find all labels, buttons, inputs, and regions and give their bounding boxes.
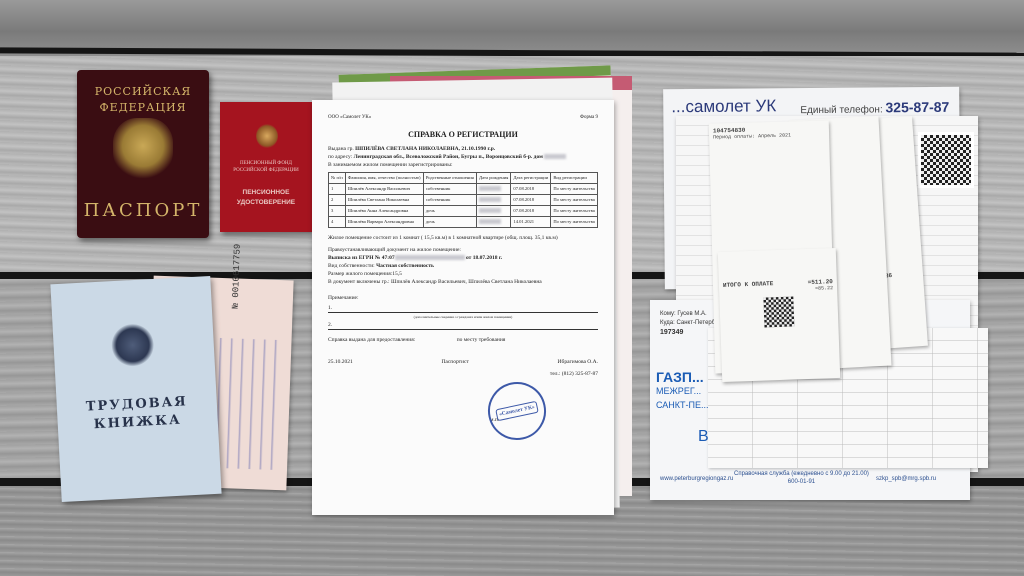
samolet-brand: ...самолет УК (671, 96, 776, 117)
address-label: по адресу: (328, 154, 352, 160)
qr-code-icon (763, 296, 794, 327)
premises: Жилое помещение состоит из 1 комнат ( 15… (328, 234, 598, 242)
table-header: Родственные отношения (423, 173, 476, 184)
labor-book: ТРУДОВАЯКНИЖКА (50, 276, 221, 502)
gas-help: Справочная служба (ежедневно с 9.00 до 2… (734, 470, 869, 486)
passport-country: РОССИЙСКАЯФЕДЕРАЦИЯ (77, 84, 209, 116)
title-doc-date: от 18.07.2018 г. (466, 255, 502, 261)
pension-title: ПЕНСИОННОЕУДОСТОВЕРЕНИЕ (222, 188, 310, 208)
phone: тел.: (812) 325-87-87 (328, 370, 598, 378)
qr-code-icon (918, 132, 974, 188)
purpose-label: Справка выдана для предоставления: (328, 337, 415, 343)
table-cell: Шпилёва Варвара Александровна (345, 217, 423, 228)
form-number: Форма 9 (580, 114, 598, 122)
double-headed-eagle-icon (113, 118, 173, 180)
table-header: Вид регистрации (551, 173, 598, 184)
ownership: Частная собственность (376, 263, 434, 269)
issued-to: ШПИЛЁВА СВЕТЛАНА НИКОЛАЕВНА, 21.10.1990 … (355, 146, 495, 152)
table-cell (476, 206, 510, 217)
table-row: 4Шпилёва Варвара Александровнадочь14.01.… (329, 217, 598, 228)
table-cell: 07.08.2018 (511, 206, 551, 217)
table-cell: 1 (329, 184, 346, 195)
table-header: № п/п (329, 173, 346, 184)
issue-date: 25.10.2021 (328, 358, 353, 366)
title-doc: Выписка из ЕГРН № 47:07 (328, 255, 395, 261)
living-area: Размер жилого помещения:15,5 (328, 270, 598, 278)
table-cell: Шпилёва Светлана Николаевна (345, 195, 423, 206)
purpose: по месту требования (457, 337, 506, 343)
organization: ООО «Самолет УК» (328, 114, 371, 122)
signer-role: Паспортист (441, 358, 468, 366)
passport-title: ПАСПОРТ (77, 200, 209, 221)
gas-website: www.peterburgregiongaz.ru (660, 476, 733, 482)
title-doc-label: Правоустанавливающий документ на жилое п… (328, 246, 598, 254)
pension-fund-label: ПЕНСИОННЫЙ ФОНДРОССИЙСКОЙ ФЕДЕРАЦИИ (222, 160, 310, 174)
table-cell: По месту жительства (551, 217, 598, 228)
wood-plank-top (0, 0, 1024, 52)
samolet-phone: Единый телефон: 325-87-87 (800, 99, 949, 116)
table-cell: собственник (423, 195, 476, 206)
address: Ленинградская обл., Всеволожский Район, … (354, 154, 543, 160)
table-header: Дата рождения (476, 173, 510, 184)
table-cell: собственник (423, 184, 476, 195)
table-cell: дочь (423, 206, 476, 217)
labor-book-number: № 0010617759 (231, 244, 243, 309)
redacted (395, 255, 465, 260)
included: Шпилёв Александр Васильевич, Шпилёва Све… (391, 279, 542, 285)
labor-book-title: ТРУДОВАЯКНИЖКА (56, 392, 218, 436)
registration-certificate: ООО «Самолет УК» Форма 9 СПРАВКА О РЕГИС… (312, 100, 614, 515)
table-cell: 3 (329, 206, 346, 217)
signer: Ибрагимова О.А. (558, 358, 598, 366)
ussr-emblem-icon (111, 323, 155, 367)
table-row: 2Шпилёва Светлана Николаевнасобственник0… (329, 195, 598, 206)
table-cell: По месту жительства (551, 184, 598, 195)
table-cell: 14.01.2021 (511, 217, 551, 228)
table-cell: дочь (423, 217, 476, 228)
table-cell: Шпилёв Александр Васильевич (345, 184, 423, 195)
table-row: 1Шпилёв Александр Васильевичсобственник0… (329, 184, 598, 195)
table-row: 3Шпилёва Анна Александровнадочь07.08.201… (329, 206, 598, 217)
table-cell (476, 184, 510, 195)
table-cell: 4 (329, 217, 346, 228)
table-cell (476, 217, 510, 228)
table-cell (476, 195, 510, 206)
table-header: Фамилия, имя, отчество (полностью) (345, 173, 423, 184)
issued-to-label: Выдана гр. (328, 146, 354, 152)
residents-table: № п/пФамилия, имя, отчество (полностью)Р… (328, 172, 598, 228)
note-caption: (дополнительные сведения о гражданах и/и… (328, 315, 598, 319)
table-cell: 07.08.2018 (511, 184, 551, 195)
included-label: В документ включены гр.: (328, 279, 390, 285)
ownership-label: Вид собственности: (328, 263, 375, 269)
passport: РОССИЙСКАЯФЕДЕРАЦИЯ ПАСПОРТ (77, 70, 209, 238)
gas-email: szkp_spb@mrg.spb.ru (876, 476, 936, 482)
note-2: 2. (328, 322, 332, 328)
table-cell: По месту жительства (551, 195, 598, 206)
receipt: ИТОГО К ОПЛАТЕ =511.20 =85.22 (718, 248, 840, 382)
gazprom-logo: ГАЗП...МЕЖРЕГ...САНКТ-ПЕ... (656, 370, 709, 412)
stamp-text: «Самолет УК» (495, 401, 539, 422)
table-cell: 07.08.2018 (511, 195, 551, 206)
table-cell: 2 (329, 195, 346, 206)
table-header: Дата регистрации (511, 173, 551, 184)
pension-certificate: ПЕНСИОННЫЙ ФОНДРОССИЙСКОЙ ФЕДЕРАЦИИ ПЕНС… (220, 102, 312, 232)
table-cell: По месту жительства (551, 206, 598, 217)
note-1: 1. (328, 305, 332, 311)
notes-label: Примечание: (328, 294, 598, 302)
table-cell: Шпилёва Анна Александровна (345, 206, 423, 217)
redacted (544, 154, 566, 159)
coat-of-arms-icon (256, 124, 278, 148)
registered-label: В занимаемом жилом помещении зарегистрир… (328, 161, 598, 169)
official-stamp: «Самолет УК» (483, 377, 552, 446)
document-title: СПРАВКА О РЕГИСТРАЦИИ (328, 131, 598, 139)
